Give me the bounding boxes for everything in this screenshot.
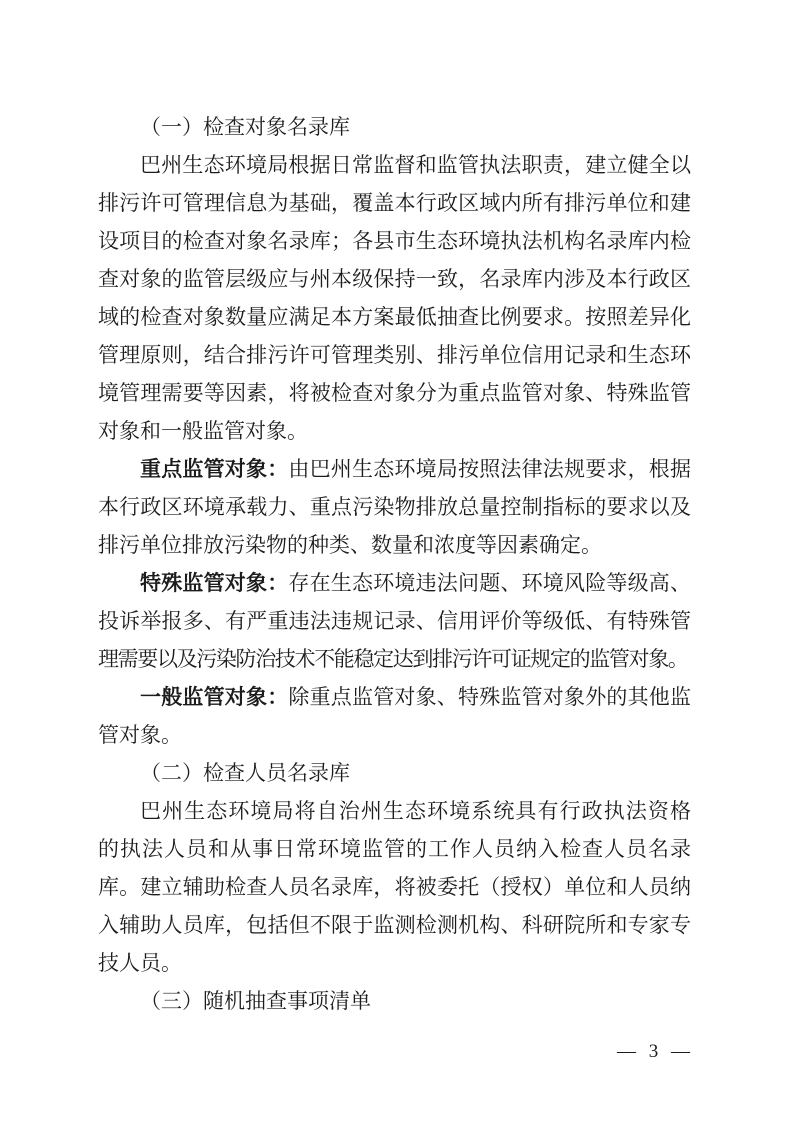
definition-term-key: 重点监管对象：	[140, 458, 288, 481]
page-number: — 3 —	[617, 1040, 691, 1064]
section-heading-3: （三）随机抽查事项清单	[98, 982, 691, 1020]
paragraph-line: 库。建立辅助检查人员名录库，将被委托（授权）单位和人员纳	[98, 868, 691, 906]
definition-term-special: 特殊监管对象：	[140, 572, 288, 595]
paragraph-line: 管对象。	[98, 716, 691, 754]
paragraph-line: 投诉举报多、有严重违法违规记录、信用评价等级低、有特殊管	[98, 602, 691, 640]
document-page: （一）检查对象名录库 巴州生态环境局根据日常监督和监管执法职责，建立健全以 排污…	[0, 0, 793, 1121]
definition-line-special: 特殊监管对象：存在生态环境违法问题、环境风险等级高、	[98, 564, 691, 602]
definition-text: 存在生态环境违法问题、环境风险等级高、	[288, 571, 691, 595]
paragraph-line: 入辅助人员库，包括但不限于监测检测机构、科研院所和专家专	[98, 906, 691, 944]
definition-text: 由巴州生态环境局按照法律法规要求，根据	[288, 457, 691, 481]
paragraph-line: 境管理需要等因素，将被检查对象分为重点监管对象、特殊监管	[98, 374, 691, 412]
paragraph-line: 巴州生态环境局将自治州生态环境系统具有行政执法资格	[98, 792, 691, 830]
paragraph-line: 巴州生态环境局根据日常监督和监管执法职责，建立健全以	[98, 146, 691, 184]
definition-text: 除重点监管对象、特殊监管对象外的其他监	[288, 685, 691, 709]
paragraph-line: 设项目的检查对象名录库；各县市生态环境执法机构名录库内检	[98, 222, 691, 260]
section-heading-1: （一）检查对象名录库	[98, 108, 691, 146]
paragraph-line: 排污许可管理信息为基础，覆盖本行政区域内所有排污单位和建	[98, 184, 691, 222]
paragraph-line: 域的检查对象数量应满足本方案最低抽查比例要求。按照差异化	[98, 298, 691, 336]
paragraph-line: 排污单位排放污染物的种类、数量和浓度等因素确定。	[98, 526, 691, 564]
definition-line-key: 重点监管对象：由巴州生态环境局按照法律法规要求，根据	[98, 450, 691, 488]
paragraph-line: 本行政区环境承载力、重点污染物排放总量控制指标的要求以及	[98, 488, 691, 526]
definition-line-general: 一般监管对象：除重点监管对象、特殊监管对象外的其他监	[98, 678, 691, 716]
document-body: （一）检查对象名录库 巴州生态环境局根据日常监督和监管执法职责，建立健全以 排污…	[98, 108, 691, 1020]
paragraph-line: 查对象的监管层级应与州本级保持一致，名录库内涉及本行政区	[98, 260, 691, 298]
paragraph-line: 的执法人员和从事日常环境监管的工作人员纳入检查人员名录	[98, 830, 691, 868]
definition-term-general: 一般监管对象：	[140, 686, 288, 709]
paragraph-line: 管理原则，结合排污许可管理类别、排污单位信用记录和生态环	[98, 336, 691, 374]
paragraph-line: 技人员。	[98, 944, 691, 982]
paragraph-line: 理需要以及污染防治技术不能稳定达到排污许可证规定的监管对象。	[98, 640, 691, 678]
section-heading-2: （二）检查人员名录库	[98, 754, 691, 792]
paragraph-line: 对象和一般监管对象。	[98, 412, 691, 450]
